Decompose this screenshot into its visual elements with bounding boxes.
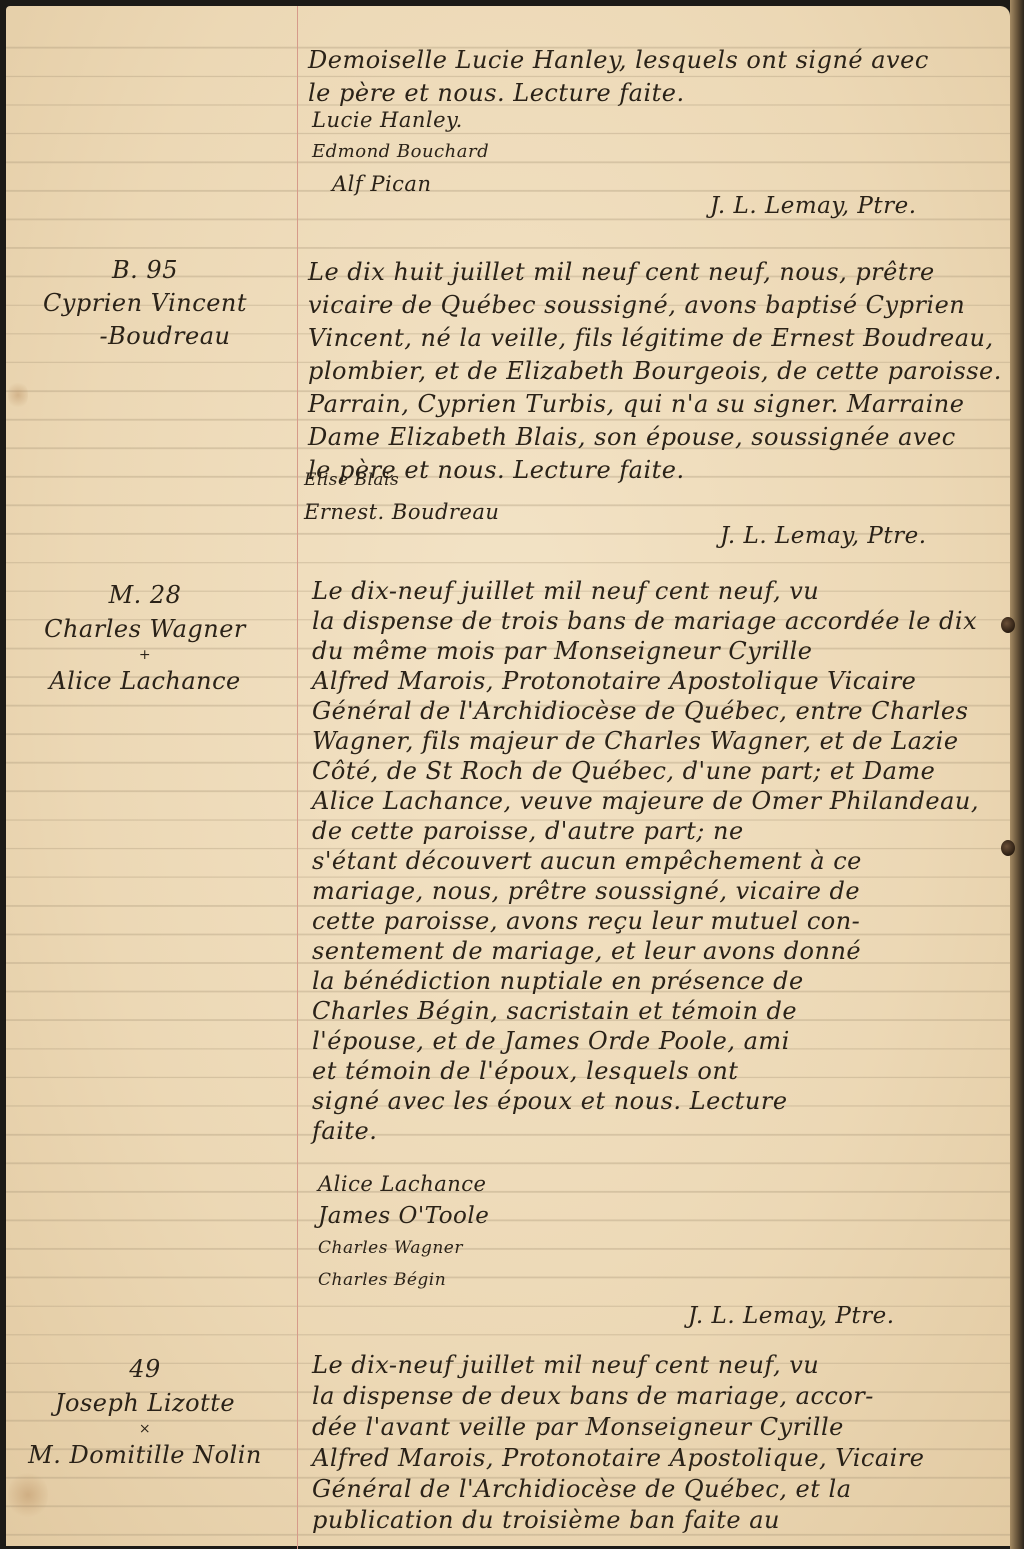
entry-joiner: × (10, 1420, 280, 1438)
priest-signature: J. L. Lemay, Ptre. (710, 190, 917, 223)
paper-stain (8, 1470, 48, 1520)
signature: Alice Lachance (318, 1170, 489, 1202)
priest-signature: J. L. Lemay, Ptre. (720, 520, 927, 553)
entry-body-m28: Le dix-neuf juillet mil neuf cent neuf, … (312, 576, 979, 1146)
page-edge (1010, 0, 1024, 1549)
entry-number: B. 95 (10, 254, 280, 287)
signature: Charles Bégin (318, 1266, 489, 1298)
entry-body-49: Le dix-neuf juillet mil neuf cent neuf, … (312, 1350, 925, 1536)
entry-signatures-b95: Elise Blais Ernest. Boudreau (304, 466, 499, 530)
signature: James O'Toole (318, 1202, 489, 1234)
entry-margin-m28: M. 28 Charles Wagner + Alice Lachance (10, 578, 280, 698)
entry-body-b95: Le dix huit juillet mil neuf cent neuf, … (308, 256, 1002, 487)
entry-number: M. 28 (10, 578, 280, 612)
continuation-signatures: Lucie Hanley. Edmond Bouchard Alf Pican (312, 106, 489, 202)
signature: Lucie Hanley. (312, 106, 489, 138)
entry-signatures-m28: Alice Lachance James O'Toole Charles Wag… (318, 1170, 489, 1298)
signature: Elise Blais (304, 466, 499, 498)
entry-name: Alice Lachance (10, 664, 280, 698)
priest-signature: J. L. Lemay, Ptre. (688, 1300, 895, 1333)
signature: Edmond Bouchard (312, 138, 489, 170)
entry-margin-b95: B. 95 Cyprien Vincent -Boudreau (10, 254, 280, 353)
continuation-text: Demoiselle Lucie Hanley, lesquels ont si… (308, 44, 929, 110)
paper-stain (8, 380, 28, 410)
entry-name: -Boudreau (10, 320, 280, 353)
signature: Charles Wagner (318, 1234, 489, 1266)
entry-joiner: + (10, 646, 280, 664)
entry-margin-49: 49 Joseph Lizotte × M. Domitille Nolin (10, 1352, 280, 1472)
entry-name: Joseph Lizotte (10, 1386, 280, 1420)
entry-number: 49 (10, 1352, 280, 1386)
signature: Alf Pican (312, 170, 489, 202)
signature: Ernest. Boudreau (304, 498, 499, 530)
entry-name: Cyprien Vincent (10, 287, 280, 320)
binding-hole (1001, 617, 1015, 633)
binding-hole (1001, 840, 1015, 856)
entry-name: Charles Wagner (10, 612, 280, 646)
margin-rule (297, 6, 298, 1549)
entry-name: M. Domitille Nolin (10, 1438, 280, 1472)
